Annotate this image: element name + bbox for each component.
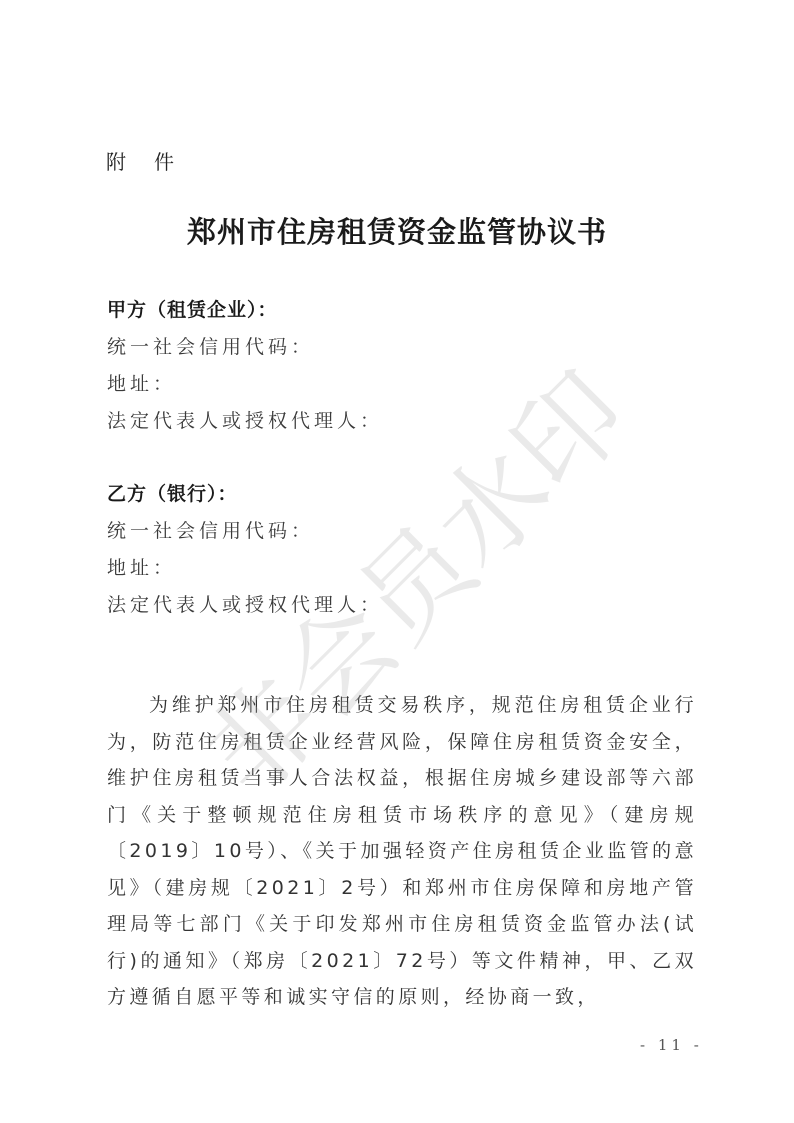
attachment-label-char-2: 件 [154, 150, 176, 174]
attachment-label: 附件 [106, 146, 176, 175]
party-b-representative-field: 法定代表人或授权代理人： [107, 587, 383, 624]
party-a-credit-code-field: 统一社会信用代码： [107, 329, 383, 366]
party-b-address-field: 地址： [107, 550, 383, 587]
party-a-block: 甲方（租赁企业）： 统一社会信用代码： 地址： 法定代表人或授权代理人： [107, 292, 383, 440]
document-page: 附件 郑州市住房租赁资金监管协议书 甲方（租赁企业）： 统一社会信用代码： 地址… [0, 0, 794, 1123]
preamble-paragraph: 为维护郑州市住房租赁交易秩序，规范住房租赁企业行为，防范住房租赁企业经营风险，保… [107, 687, 697, 1016]
party-a-representative-field: 法定代表人或授权代理人： [107, 403, 383, 440]
party-b-credit-code-field: 统一社会信用代码： [107, 513, 383, 550]
document-title: 郑州市住房租赁资金监管协议书 [0, 210, 794, 251]
attachment-label-char-1: 附 [106, 150, 128, 174]
party-a-address-field: 地址： [107, 366, 383, 403]
page-number: - 11 - [640, 1036, 703, 1054]
party-b-heading: 乙方（银行）： [107, 476, 383, 513]
party-b-block: 乙方（银行）： 统一社会信用代码： 地址： 法定代表人或授权代理人： [107, 476, 383, 624]
party-a-heading: 甲方（租赁企业）： [107, 292, 383, 329]
